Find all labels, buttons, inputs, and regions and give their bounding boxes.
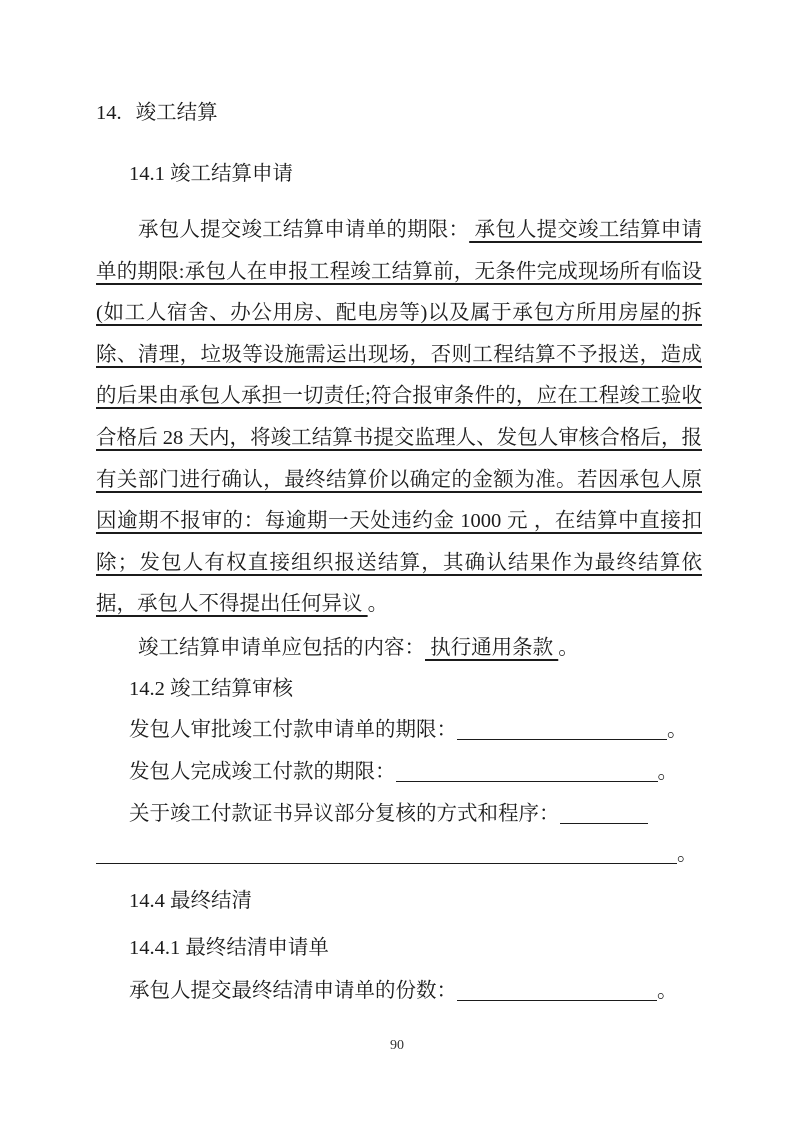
clause-label: 发包人审批竣工付款申请单的期限：: [129, 719, 457, 741]
period: 。: [368, 593, 389, 615]
clause-title: 竣工结算: [136, 102, 218, 124]
period: 。: [677, 843, 698, 865]
filled-underlined-text: 执行通用条款: [425, 637, 558, 659]
section-heading-14-4: 14.4 最终结清: [96, 887, 735, 915]
clause-label: 竣工结算申请单应包括的内容：: [138, 637, 425, 659]
row-final-copies: 承包人提交最终结清申请单的份数：。: [96, 977, 735, 1005]
fill-in-blank: [457, 977, 657, 1001]
section-heading-14-4-1: 14.4.1 最终结清申请单: [96, 934, 735, 962]
heading-main: 14.竣工结算: [96, 99, 702, 127]
period: 。: [658, 761, 679, 783]
filled-underlined-text: 承包人提交竣工结算申请单的期限:承包人在申报工程竣工结算前，无条件完成现场所有临…: [96, 219, 702, 615]
period: 。: [558, 637, 579, 659]
section-heading-14-2: 14.2 竣工结算审核: [96, 675, 735, 703]
row-review-procedure: 关于竣工付款证书异议部分复核的方式和程序：: [96, 800, 735, 828]
section-heading-14-1: 14.1 竣工结算申请: [96, 160, 735, 188]
row-review-procedure-continuation: 。: [96, 840, 702, 868]
fill-in-blank: [560, 800, 648, 824]
clause-label: 承包人提交最终结清申请单的份数：: [129, 980, 457, 1002]
page-number-footer: 90: [0, 1038, 794, 1054]
clause-number: 14.: [96, 99, 122, 127]
paragraph-application-contents: 竣工结算申请单应包括的内容： 执行通用条款 。: [96, 628, 702, 670]
row-payment-deadline: 发包人完成竣工付款的期限：。: [96, 758, 735, 786]
fill-in-blank: [457, 716, 667, 740]
row-approve-deadline: 发包人审批竣工付款申请单的期限：。: [96, 716, 735, 744]
fill-in-blank: [396, 758, 658, 782]
clause-label: 承包人提交竣工结算申请单的期限：: [138, 219, 469, 241]
clause-label: 关于竣工付款证书异议部分复核的方式和程序：: [129, 803, 560, 825]
paragraph-settlement-application: 承包人提交竣工结算申请单的期限： 承包人提交竣工结算申请单的期限:承包人在申报工…: [96, 210, 702, 626]
period: 。: [657, 980, 678, 1002]
clause-label: 发包人完成竣工付款的期限：: [129, 761, 396, 783]
period: 。: [667, 719, 688, 741]
fill-in-blank: [96, 840, 677, 864]
document-page: 14.竣工结算 14.1 竣工结算申请 承包人提交竣工结算申请单的期限： 承包人…: [0, 0, 794, 1122]
